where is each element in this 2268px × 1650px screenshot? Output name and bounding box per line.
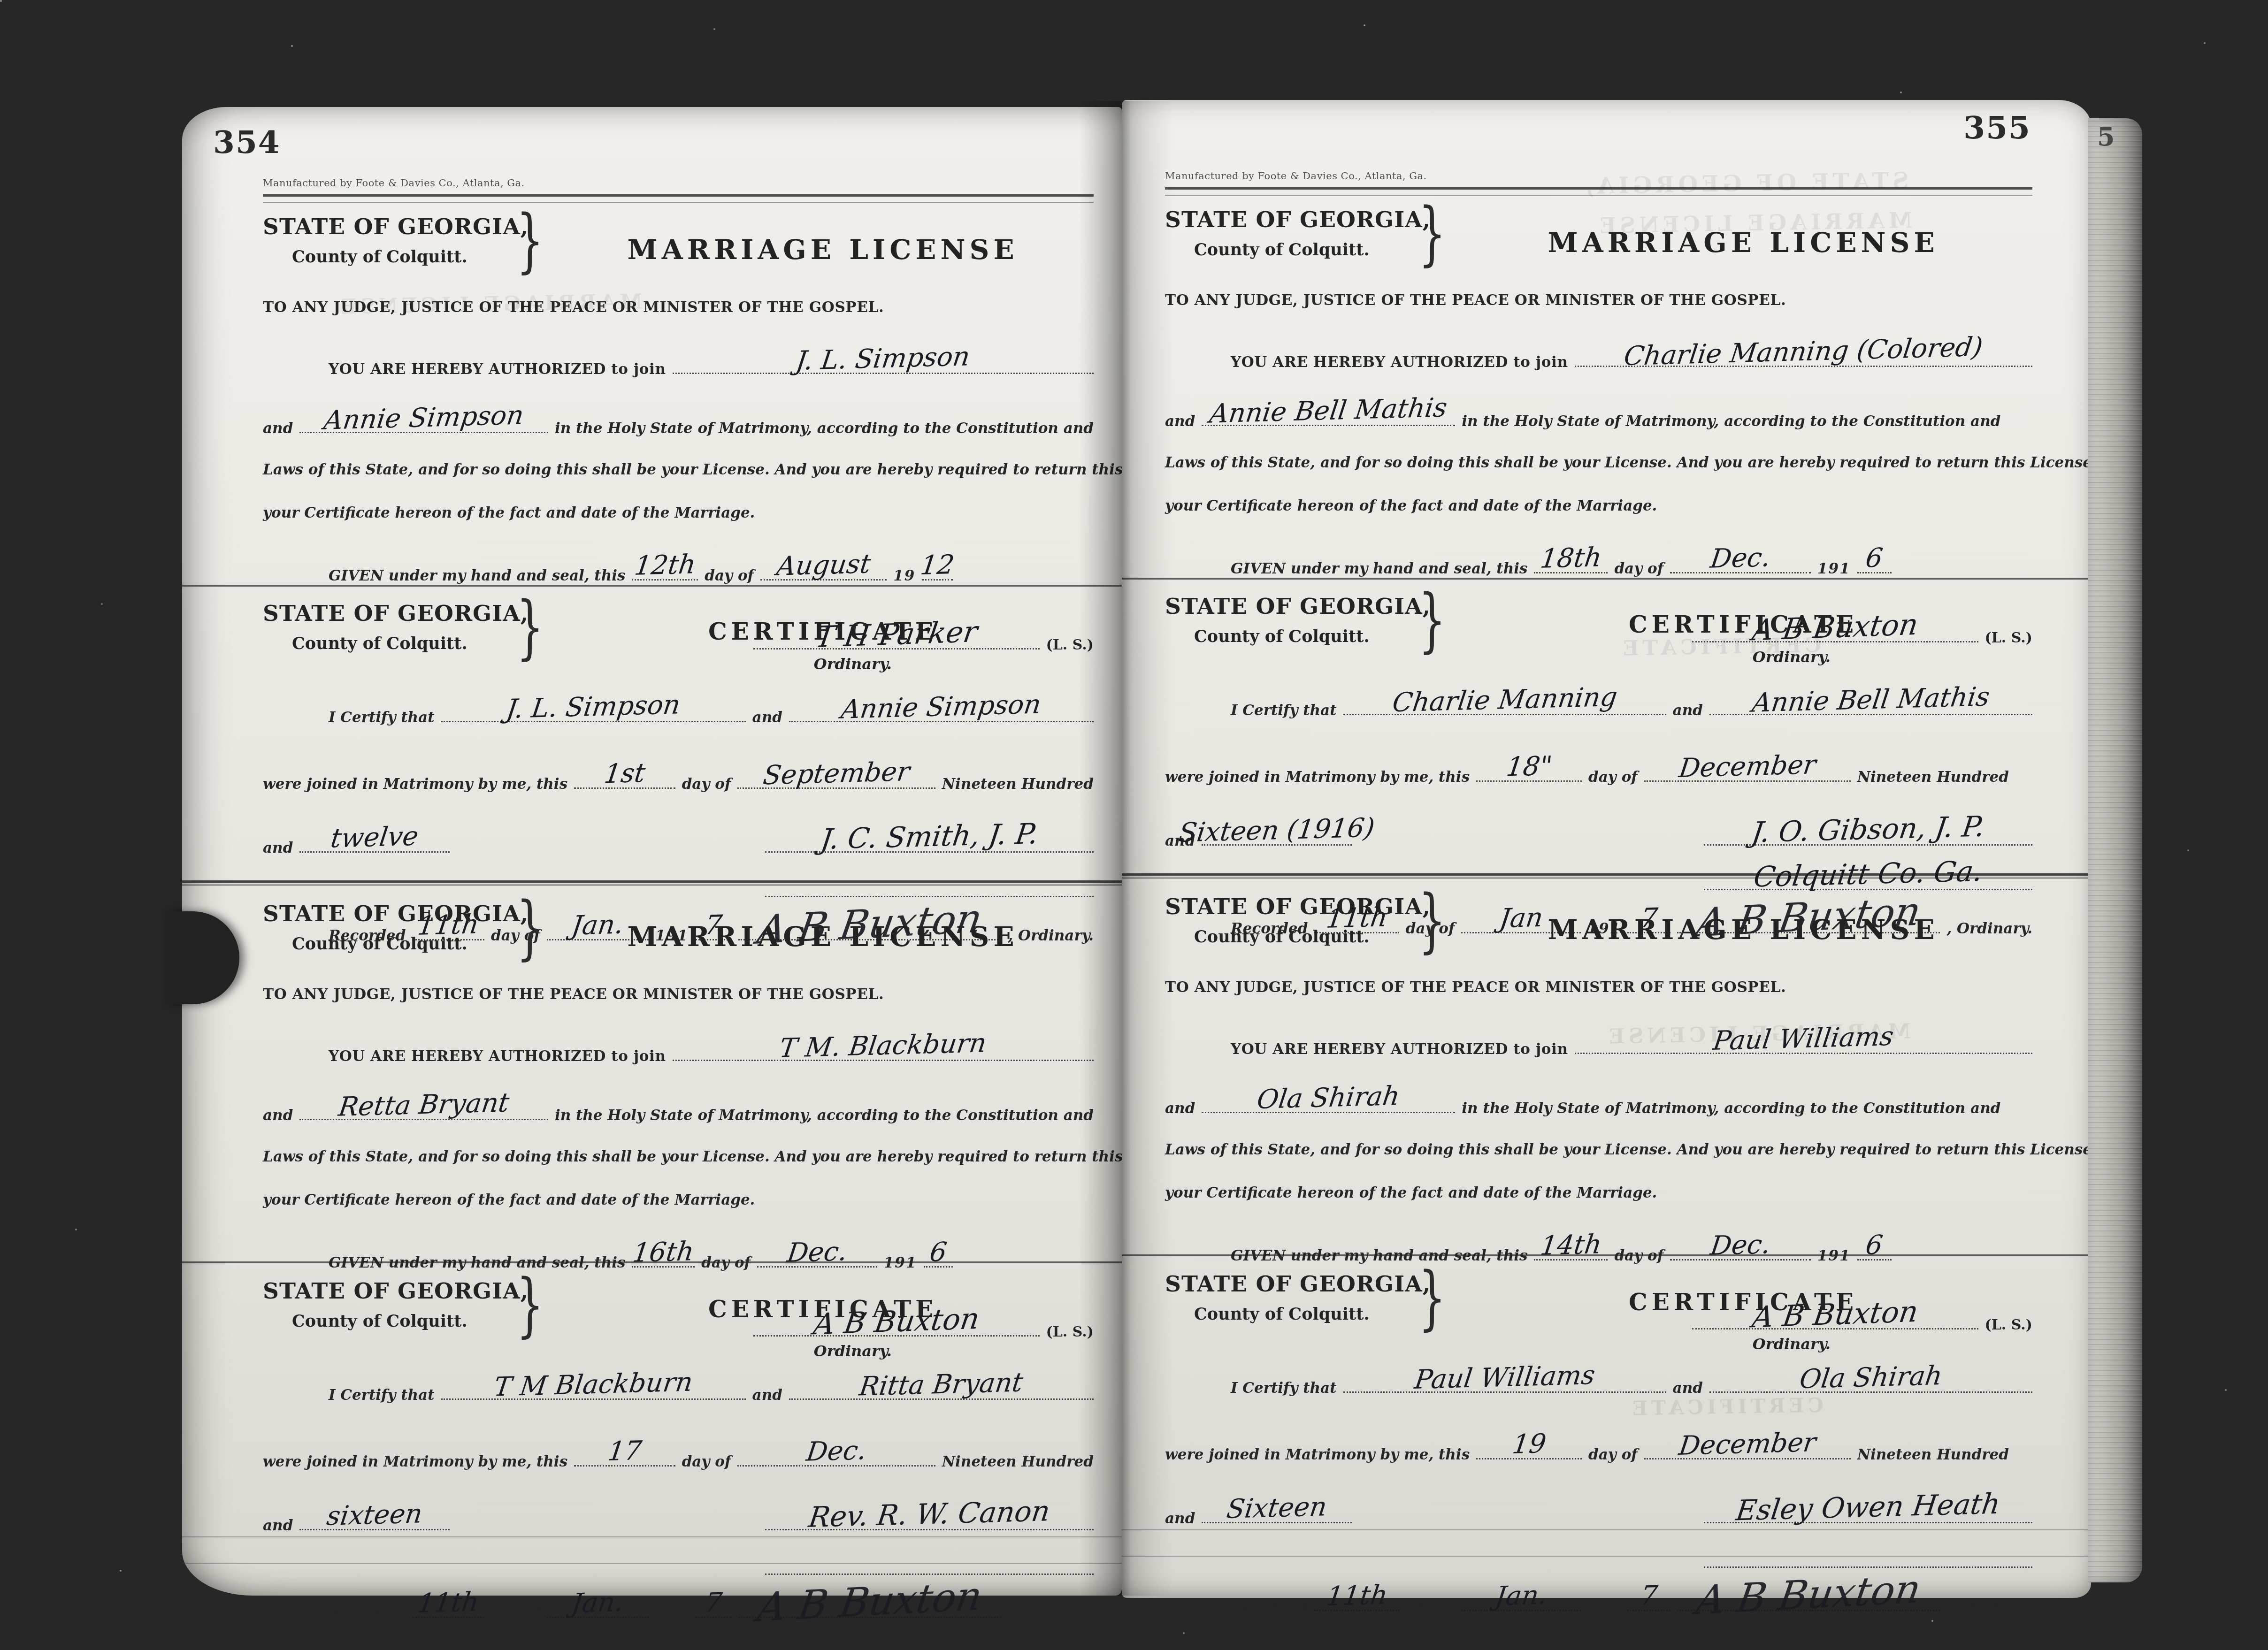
party1-handwriting: Charlie Manning	[1391, 684, 1619, 716]
and-label: and	[1165, 1510, 1195, 1527]
nineteen-hundred-label: Nineteen Hundred	[942, 1453, 1094, 1470]
section-divider	[1122, 578, 2091, 580]
recorder-signature: A B Buxton	[1693, 1569, 1923, 1620]
authorized-label: YOU ARE HEREBY AUTHORIZED to join	[329, 361, 666, 378]
day-of-label: day of	[1588, 769, 1638, 786]
section-divider	[182, 1261, 1122, 1263]
brace-glyph: }	[1418, 1265, 1446, 1331]
authorized-label: YOU ARE HEREBY AUTHORIZED to join	[329, 1048, 666, 1065]
joined-label: were joined in Matrimony by me, this	[263, 1453, 567, 1470]
brace-glyph: }	[516, 894, 544, 961]
month-blank: December	[1644, 778, 1851, 782]
recorded-day-handwriting: 11th	[416, 1589, 481, 1617]
officiant-signature-blank: Esley Owen Heath	[1704, 1519, 2032, 1523]
month-handwriting: December	[1677, 1429, 1817, 1459]
day-blank: 16th	[632, 1263, 695, 1268]
day-of-label: day of	[682, 776, 731, 793]
and-label: and	[263, 1517, 293, 1534]
party1-blank: J. L. Simpson	[441, 718, 746, 722]
state-heading: STATE OF GEORGIA,	[263, 901, 507, 927]
year-printed: 191	[1587, 1598, 1621, 1615]
license-title: MARRIAGE LICENSE	[552, 234, 1094, 266]
party2-handwriting: Ritta Bryant	[858, 1369, 1025, 1400]
recorded-day-blank: 11th	[412, 1614, 484, 1618]
certify-label: I Certify that	[1231, 1380, 1337, 1397]
party2-handwriting: Annie Bell Mathis	[1751, 684, 1992, 716]
bottom-rule	[1122, 1529, 2091, 1530]
county-heading: County of Colquitt.	[1194, 627, 1409, 646]
state-heading: STATE OF GEORGIA,	[1165, 1271, 1409, 1297]
party2-handwriting: Ola Shirah	[1798, 1363, 1944, 1393]
bride-name-blank: Annie Bell Mathis	[1202, 422, 1455, 426]
state-heading: STATE OF GEORGIA,	[263, 1278, 507, 1304]
county-heading: County of Colquitt.	[1194, 240, 1409, 260]
matrimony-clause: in the Holy State of Matrimony, accordin…	[1462, 1100, 2000, 1117]
salutation-line: TO ANY JUDGE, JUSTICE OF THE PEACE OR MI…	[263, 986, 1094, 1003]
bride-name-blank: Annie Simpson	[299, 429, 548, 433]
month-blank: Dec.	[1670, 1256, 1811, 1260]
certificate-title: CERTIFICATE	[552, 1295, 1094, 1323]
and-label: and	[1673, 702, 1703, 719]
year-printed: 191	[655, 1605, 689, 1622]
bride-name-handwriting: Annie Bell Mathis	[1208, 395, 1449, 427]
day-blank: 1st	[574, 785, 675, 789]
officiant-signature-blank: Rev. R. W. Canon	[765, 1526, 1094, 1530]
groom-name-handwriting: T M. Blackburn	[778, 1030, 988, 1062]
year-words-handwriting: twelve	[329, 823, 421, 852]
nineteen-hundred-label: Nineteen Hundred	[942, 776, 1094, 793]
and-label: and	[752, 709, 782, 726]
joined-label: were joined in Matrimony by me, this	[1165, 1446, 1470, 1463]
bride-name-handwriting: Annie Simpson	[322, 402, 525, 434]
section-divider	[1122, 1254, 2091, 1256]
right-page-content: Manufactured by Foote & Davies Co., Atla…	[1122, 100, 2091, 1598]
year-printed: 19	[893, 567, 915, 584]
ordinary-suffix-label: , Ordinary.	[1008, 1605, 1094, 1622]
state-heading: STATE OF GEORGIA,	[263, 214, 507, 240]
day-handwriting: 17	[606, 1438, 644, 1465]
day-of-label: day of	[491, 1605, 540, 1622]
day-of-label: day of	[682, 1453, 731, 1470]
day-handwriting: 12th	[633, 551, 697, 580]
day-handwriting: 19	[1510, 1431, 1548, 1458]
party2-handwriting: Annie Simpson	[840, 691, 1042, 723]
and-label: and	[1673, 1380, 1703, 1397]
county-heading: County of Colquitt.	[1194, 927, 1409, 947]
officiant-signature-blank: J. O. Gibson, J. P.	[1704, 841, 2032, 846]
and-label: and	[1165, 413, 1195, 430]
year-words-handwriting: Sixteen (1916)	[1177, 815, 1376, 846]
party2-blank: Annie Bell Mathis	[1709, 711, 2032, 715]
officiant-signature: J. O. Gibson, J. P.	[1750, 812, 1986, 847]
county-heading: County of Colquitt.	[292, 934, 507, 954]
certificate-clause: your Certificate hereon of the fact and …	[263, 504, 1094, 521]
officiant-signature: J. C. Smith, J. P.	[819, 819, 1040, 853]
officiant-signature-blank: J. C. Smith, J. P.	[765, 848, 1094, 853]
day-of-label: day of	[1614, 560, 1663, 577]
bottom-rule	[182, 1536, 1122, 1537]
recorded-label: Recorded	[329, 1605, 406, 1622]
certificate-clause: your Certificate hereon of the fact and …	[263, 1192, 1094, 1208]
laws-line: Laws of this State, and for so doing thi…	[1165, 454, 2032, 471]
day-blank: 18th	[1534, 569, 1608, 573]
recorder-signature-blank: A B Buxton	[1677, 1607, 1940, 1611]
recorded-month-blank: Jan.	[547, 1614, 649, 1618]
party2-blank: Ritta Bryant	[789, 1396, 1094, 1400]
day-blank: 17	[574, 1462, 675, 1467]
recorded-day-handwriting: 11th	[1325, 1582, 1389, 1610]
edge-page-number: 5	[2097, 122, 2115, 152]
bride-name-blank: Ola Shirah	[1202, 1109, 1455, 1113]
and-label: and	[263, 420, 293, 437]
laws-line: Laws of this State, and for so doing thi…	[1165, 1141, 2032, 1158]
certificate-section: STATE OF GEORGIA, County of Colquitt. } …	[263, 601, 1094, 944]
brace-glyph: }	[516, 594, 544, 660]
month-handwriting: August	[775, 551, 872, 580]
party2-blank: Ola Shirah	[1709, 1389, 2032, 1393]
record-book-scan: 354 MARRIAGE LICENSE Manufactured by Foo…	[0, 0, 2268, 1650]
recorded-year-blank: 7	[1627, 1607, 1670, 1611]
party1-blank: Charlie Manning	[1343, 711, 1666, 715]
officiant-second-blank	[765, 1571, 1094, 1575]
recorded-month-handwriting: Jan.	[570, 1589, 625, 1617]
party1-handwriting: T M Blackburn	[492, 1369, 694, 1400]
day-handwriting: 1st	[603, 760, 647, 787]
year-blank: 6	[1857, 1256, 1892, 1260]
section-divider	[182, 880, 1122, 883]
officiant-signature: Rev. R. W. Canon	[807, 1497, 1051, 1532]
state-heading: STATE OF GEORGIA,	[1165, 594, 1409, 619]
month-handwriting: December	[1677, 752, 1817, 782]
bride-name-blank: Retta Bryant	[299, 1116, 548, 1120]
county-heading: County of Colquitt.	[292, 1312, 507, 1331]
certificate-section: STATE OF GEORGIA, County of Colquitt. } …	[1165, 1271, 2032, 1615]
laws-line: Laws of this State, and for so doing thi…	[263, 1148, 1094, 1165]
printer-imprint: Manufactured by Foote & Davies Co., Atla…	[1165, 170, 1427, 182]
salutation-line: TO ANY JUDGE, JUSTICE OF THE PEACE OR MI…	[1165, 979, 2032, 996]
year-words-blank: Sixteen (1916)	[1202, 841, 1352, 846]
party1-handwriting: Paul Williams	[1413, 1362, 1596, 1393]
certificate-section: STATE OF GEORGIA, County of Colquitt. } …	[1165, 594, 2032, 937]
recorded-year-handwriting: 7	[704, 1589, 724, 1616]
section-header: STATE OF GEORGIA, County of Colquitt. } …	[263, 214, 1094, 274]
officiant-second-blank	[765, 893, 1094, 897]
year-words-blank: Sixteen	[1202, 1519, 1352, 1523]
top-rule	[1165, 187, 2032, 196]
page-edge-lines	[2088, 118, 2142, 1582]
state-heading: STATE OF GEORGIA,	[1165, 207, 1409, 233]
certificate-title: CERTIFICATE	[1454, 611, 2032, 638]
recorded-day-blank: 11th	[1314, 1607, 1399, 1611]
month-blank: Dec.	[737, 1462, 935, 1467]
and-label: and	[1165, 1100, 1195, 1117]
certificate-title: CERTIFICATE	[1454, 1288, 2032, 1316]
year-printed: 191	[1817, 560, 1851, 577]
recorder-signature-blank: A B Buxton	[738, 1614, 1001, 1618]
left-page: 354 MARRIAGE LICENSE Manufactured by Foo…	[182, 107, 1122, 1596]
bottom-rule	[1122, 1556, 2091, 1557]
year-blank: 12	[922, 576, 953, 581]
certify-label: I Certify that	[329, 1387, 435, 1404]
county-heading: County of Colquitt.	[1194, 1305, 1409, 1324]
recorder-signature: A B Buxton	[755, 1576, 985, 1627]
groom-name-blank: T M. Blackburn	[673, 1057, 1094, 1061]
recorded-label: Recorded	[1231, 1598, 1308, 1615]
section-divider	[182, 585, 1122, 587]
month-blank: Dec.	[757, 1263, 877, 1268]
brace-glyph: }	[1418, 887, 1446, 954]
groom-name-blank: Paul Williams	[1575, 1050, 2032, 1054]
license-title: MARRIAGE LICENSE	[1454, 227, 2032, 259]
license-title: MARRIAGE LICENSE	[552, 921, 1094, 953]
nineteen-hundred-label: Nineteen Hundred	[1857, 769, 2009, 786]
left-page-content: Manufactured by Foote & Davies Co., Atla…	[182, 107, 1122, 1596]
and-label: and	[752, 1387, 782, 1404]
year-words-blank: sixteen	[299, 1526, 450, 1530]
certificate-section: STATE OF GEORGIA, County of Colquitt. } …	[263, 1278, 1094, 1622]
joined-label: were joined in Matrimony by me, this	[263, 776, 567, 793]
authorized-label: YOU ARE HEREBY AUTHORIZED to join	[1231, 354, 1568, 371]
brace-glyph: }	[516, 1272, 544, 1338]
month-handwriting: Dec.	[805, 1437, 868, 1466]
recorded-month-handwriting: Jan.	[1494, 1582, 1548, 1610]
day-of-label: day of	[705, 567, 754, 584]
groom-name-blank: Charlie Manning (Colored)	[1575, 363, 2032, 367]
month-blank: December	[1644, 1455, 1851, 1459]
day-blank: 19	[1476, 1455, 1582, 1459]
license-title: MARRIAGE LICENSE	[1454, 914, 2032, 946]
section-divider	[1122, 873, 2091, 876]
matrimony-clause: in the Holy State of Matrimony, accordin…	[555, 1107, 1094, 1124]
groom-name-handwriting: Paul Williams	[1712, 1023, 1895, 1054]
printer-imprint: Manufactured by Foote & Davies Co., Atla…	[263, 177, 525, 189]
laws-line: Laws of this State, and for so doing thi…	[263, 461, 1094, 478]
year-words-blank: twelve	[299, 848, 450, 853]
state-heading: STATE OF GEORGIA,	[1165, 894, 1409, 920]
month-handwriting: Dec.	[1709, 544, 1772, 573]
certificate-clause: your Certificate hereon of the fact and …	[1165, 1184, 2032, 1201]
brace-glyph: }	[1418, 587, 1446, 653]
party1-handwriting: J. L. Simpson	[505, 692, 682, 723]
groom-name-handwriting: J. L. Simpson	[795, 344, 972, 374]
matrimony-clause: in the Holy State of Matrimony, accordin…	[555, 420, 1094, 437]
brace-glyph: }	[1418, 200, 1446, 267]
certify-label: I Certify that	[329, 709, 435, 726]
authorized-label: YOU ARE HEREBY AUTHORIZED to join	[1231, 1041, 1568, 1058]
year-handwriting: 6	[1864, 545, 1885, 572]
certificate-clause: your Certificate hereon of the fact and …	[1165, 497, 2032, 514]
day-of-label: day of	[1406, 1598, 1455, 1615]
year-handwriting: 12	[919, 552, 956, 579]
officiant-signature: Esley Owen Heath	[1734, 1490, 2002, 1525]
day-handwriting: 18"	[1504, 753, 1553, 780]
county-heading: County of Colquitt.	[292, 634, 507, 653]
party1-blank: T M Blackburn	[441, 1396, 746, 1400]
month-handwriting: September	[761, 758, 911, 788]
and-label: and	[263, 840, 293, 856]
groom-name-handwriting: Charlie Manning (Colored)	[1623, 334, 1984, 369]
groom-name-blank: J. L. Simpson	[673, 370, 1094, 374]
bride-name-handwriting: Retta Bryant	[337, 1090, 511, 1121]
recorded-year-blank: 7	[695, 1614, 732, 1618]
state-heading: STATE OF GEORGIA,	[263, 601, 507, 626]
year-blank: 6	[924, 1263, 953, 1268]
matrimony-clause: in the Holy State of Matrimony, accordin…	[1462, 413, 2000, 430]
joined-label: were joined in Matrimony by me, this	[1165, 769, 1470, 786]
right-page: 355 STATE OF GEORGIA, MARRIAGE LICENSE C…	[1122, 100, 2091, 1598]
and-label: and	[263, 1107, 293, 1124]
brace-glyph: }	[516, 207, 544, 274]
year-blank: 6	[1857, 569, 1892, 573]
county-heading: County of Colquitt.	[292, 247, 507, 267]
top-rule	[263, 194, 1094, 203]
month-blank: August	[760, 576, 887, 581]
party1-blank: Paul Williams	[1343, 1389, 1666, 1393]
officiant-second-blank	[1704, 1564, 2032, 1568]
day-blank: 14th	[1534, 1256, 1608, 1260]
book-fore-edge: 5	[2088, 118, 2142, 1582]
given-label: GIVEN under my hand and seal, this	[1231, 560, 1527, 577]
bottom-rule	[182, 1563, 1122, 1564]
ordinary-suffix-label: , Ordinary.	[1946, 1598, 2032, 1615]
party2-blank: Annie Simpson	[789, 718, 1094, 722]
month-blank: Dec.	[1670, 569, 1811, 573]
year-words-handwriting: Sixteen	[1225, 1494, 1328, 1523]
bride-name-handwriting: Ola Shirah	[1256, 1083, 1402, 1113]
given-label: GIVEN under my hand and seal, this	[329, 567, 625, 584]
officiant-second-blank: Colquitt Co. Ga.	[1704, 886, 2032, 890]
salutation-line: TO ANY JUDGE, JUSTICE OF THE PEACE OR MI…	[1165, 292, 2032, 309]
nineteen-hundred-label: Nineteen Hundred	[1857, 1446, 2009, 1463]
recorded-month-blank: Jan.	[1461, 1607, 1581, 1611]
salutation-line: TO ANY JUDGE, JUSTICE OF THE PEACE OR MI…	[263, 299, 1094, 316]
day-of-label: day of	[1588, 1446, 1638, 1463]
month-blank: September	[737, 785, 935, 789]
dust-specks	[0, 0, 2, 2]
certify-label: I Certify that	[1231, 702, 1337, 719]
year-words-handwriting: sixteen	[325, 1501, 424, 1530]
day-blank: 18"	[1476, 778, 1582, 782]
day-blank: 12th	[632, 576, 698, 581]
day-handwriting: 18th	[1539, 544, 1603, 573]
recorded-year-handwriting: 7	[1639, 1582, 1659, 1609]
certificate-title: CERTIFICATE	[552, 618, 1094, 645]
